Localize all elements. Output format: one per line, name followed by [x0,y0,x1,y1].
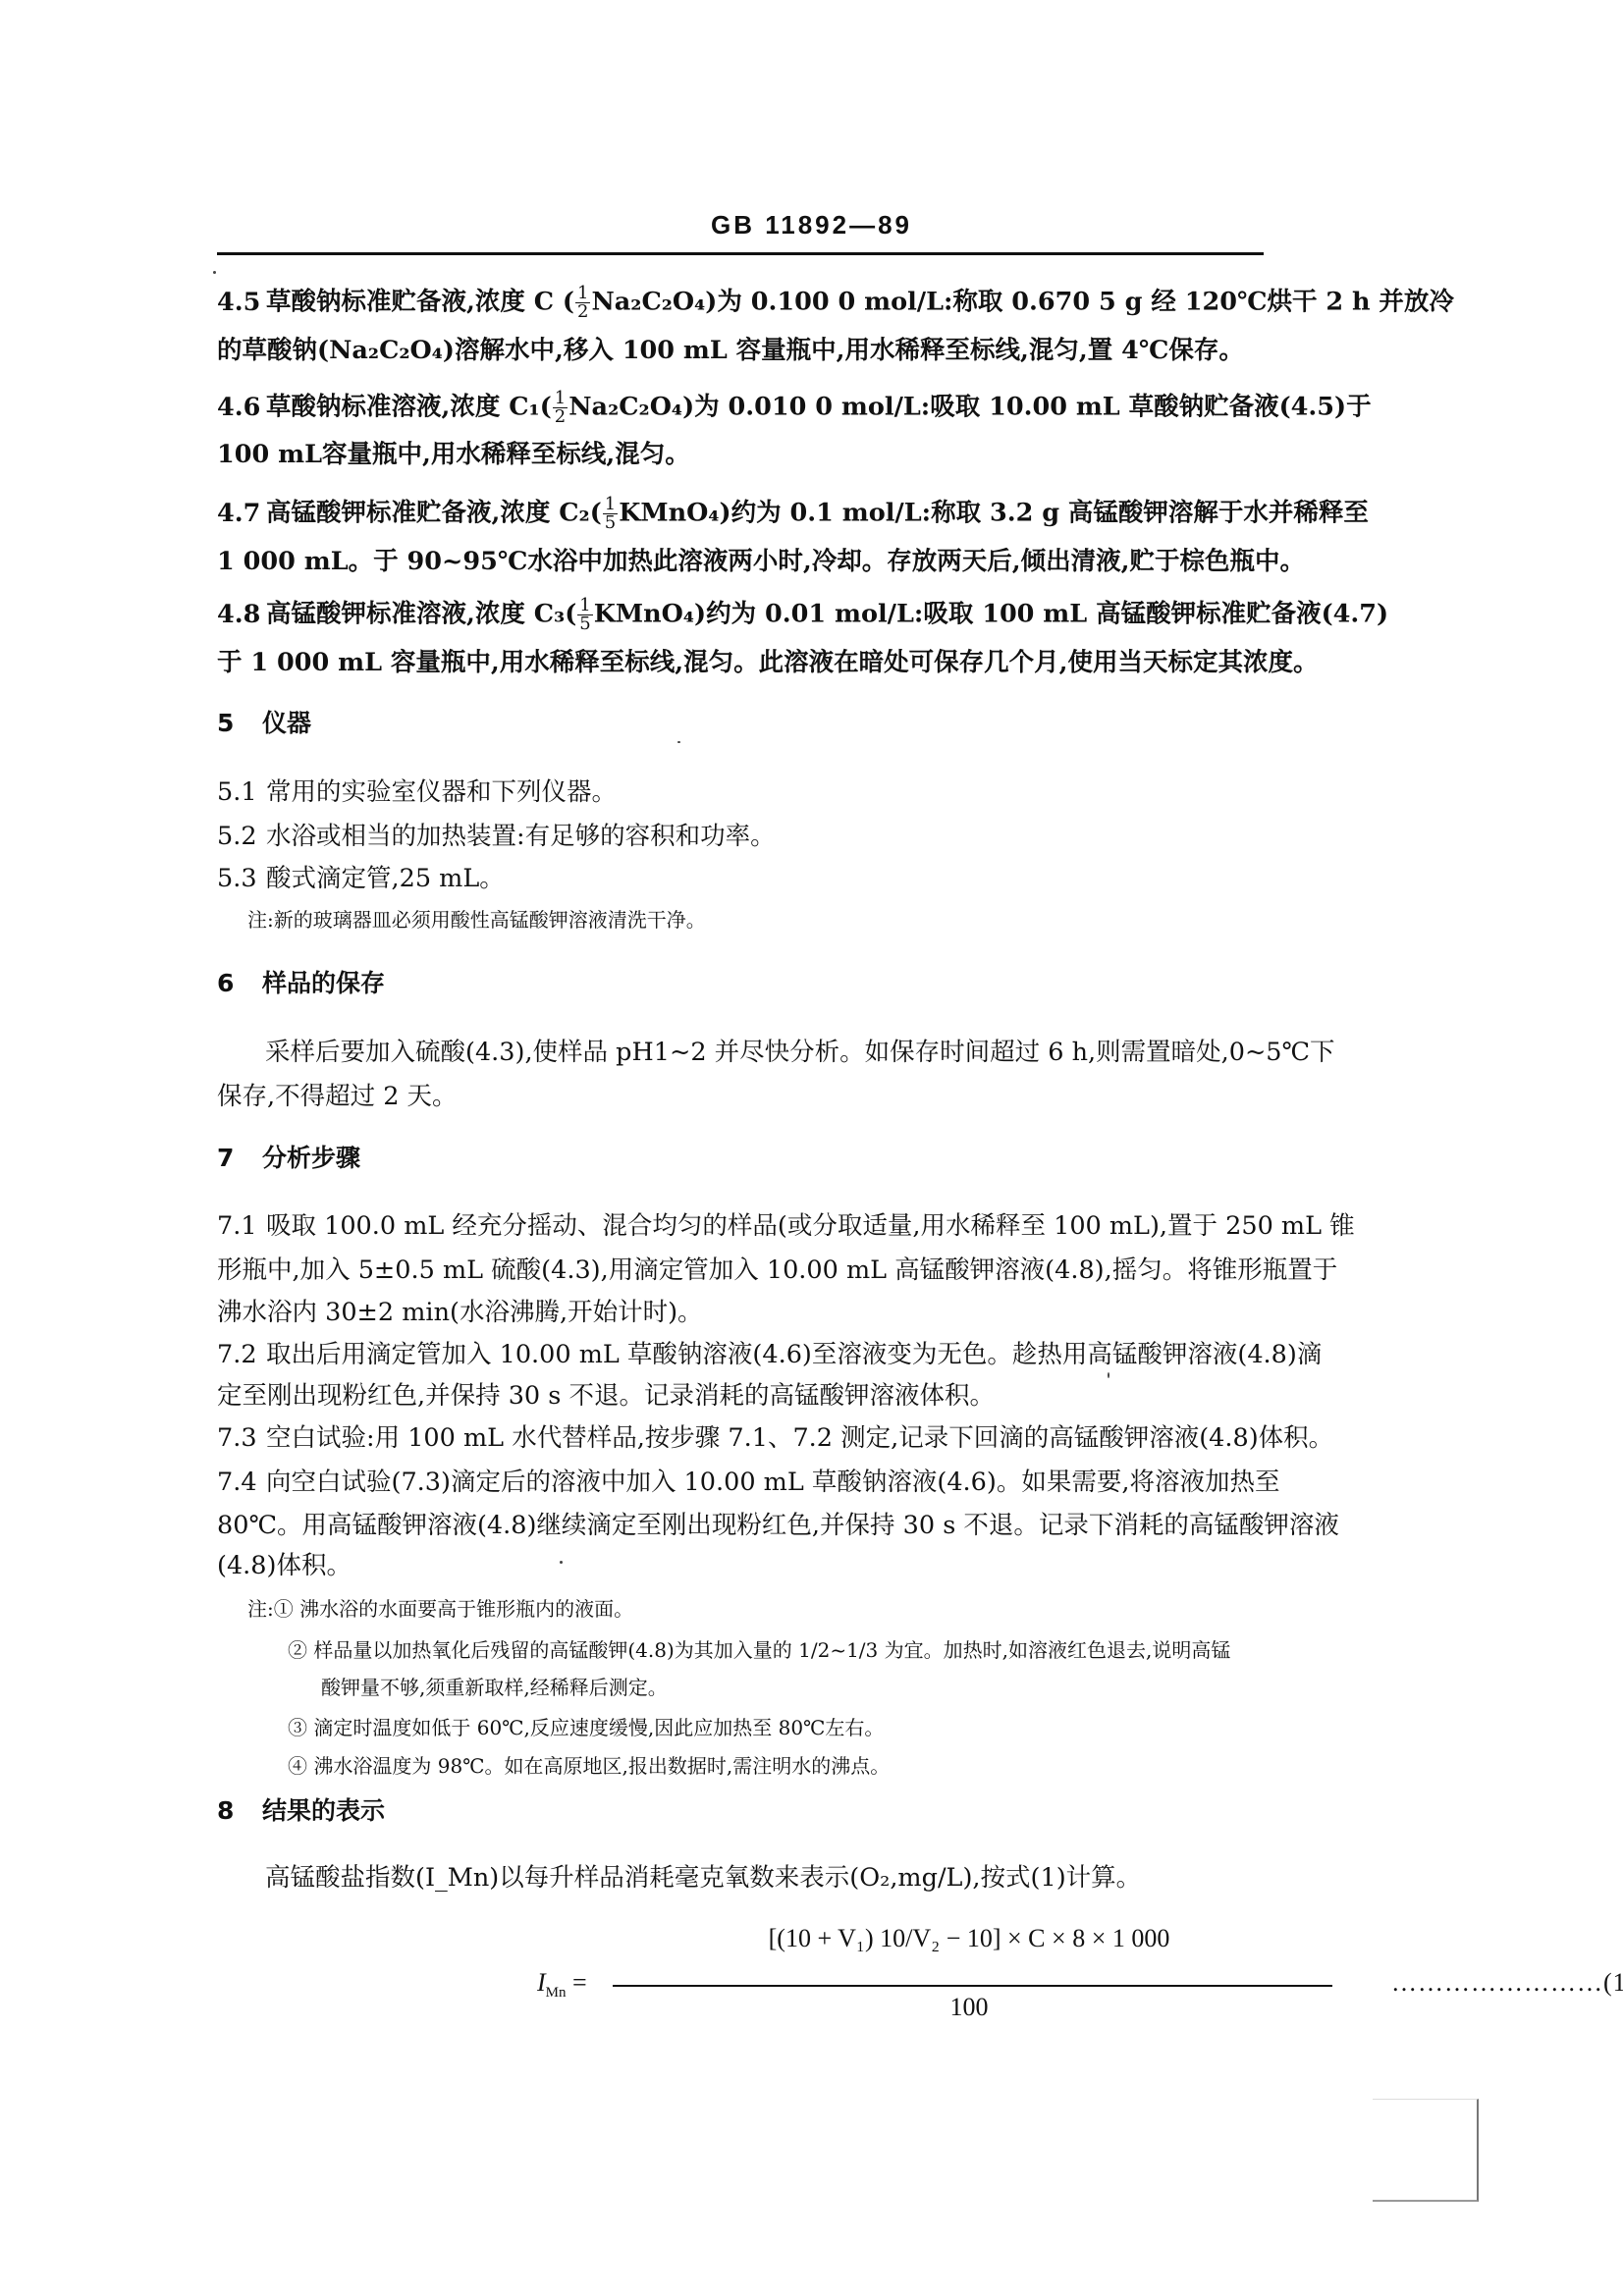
item-text: 草酸钠标准贮备液,浓度 C ( [266,288,574,317]
scan-speck [677,741,680,743]
item-text: KMnO₄)约为 0.01 mol/L:吸取 100 mL 高锰酸钾标准贮备液(… [594,600,1388,629]
section-6-heading: 6样品的保存 [217,967,385,1000]
section-title: 分析步骤 [262,1144,360,1172]
item-4-5-line2: 的草酸钠(Na₂C₂O₄)溶解水中,移入 100 mL 容量瓶中,用水稀释至标线… [217,334,1244,367]
item-4-8-line2: 于 1 000 mL 容量瓶中,用水稀释至标线,混匀。此溶液在暗处可保存几个月,… [217,646,1319,679]
fraction-denominator: 2 [553,408,568,426]
equation-number: ……………………(1) [1391,1968,1623,1998]
item-4-6-line1: 4.6草酸钠标准溶液,浓度 C₁(12Na₂C₂O₄)为 0.010 0 mol… [217,390,1372,426]
step-number: 7.2 [217,1338,266,1371]
header-rule [217,252,1264,255]
item-5-1: 5.1常用的实验室仪器和下列仪器。 [217,775,617,809]
fraction-bar [613,1985,1332,1987]
scan-speck [213,271,216,274]
scan-speck [1108,1372,1109,1378]
section-7-note-2: ② 样品量以加热氧化后残留的高锰酸钾(4.8)为其加入量的 1/2~1/3 为宜… [288,1633,1230,1667]
item-number: 5.3 [217,862,266,895]
item-4-7-line1: 4.7高锰酸钾标准贮备液,浓度 C₂(15KMnO₄)约为 0.1 mol/L:… [217,496,1369,532]
item-text: 高锰酸钾标准溶液,浓度 C₃( [266,600,576,629]
section-number: 7 [217,1142,262,1175]
item-text: 草酸钠标准溶液,浓度 C₁( [266,393,552,422]
formula-numerator: [(10 + V₁) 10/V₂ − 10] × C × 8 × 1 000 [616,1924,1323,1953]
item-text: 水浴或相当的加热装置:有足够的容积和功率。 [266,822,776,851]
item-number: 4.7 [217,497,266,530]
section-6-paragraph-line2: 保存,不得超过 2 天。 [217,1080,458,1113]
section-7-heading: 7分析步骤 [217,1142,360,1175]
item-4-5-line1: 4.5草酸钠标准贮备液,浓度 C (12Na₂C₂O₄)为 0.100 0 mo… [217,285,1454,321]
step-number: 7.3 [217,1421,266,1455]
step-line: 7.2取出后用滴定管加入 10.00 mL 草酸钠溶液(4.6)至溶液变为无色。… [217,1338,1322,1371]
section-title: 样品的保存 [262,969,385,997]
item-4-7-line2: 1 000 mL。于 90~95℃水浴中加热此溶液两小时,冷却。存放两天后,倾出… [217,545,1305,578]
section-7-note-2-cont: 酸钾量不够,须重新取样,经稀释后测定。 [321,1671,668,1704]
item-number: 5.2 [217,820,266,853]
step-number: 7.4 [217,1466,266,1499]
item-text: Na₂C₂O₄)为 0.100 0 mol/L:称取 0.670 5 g 经 1… [591,288,1453,317]
item-text: 常用的实验室仪器和下列仪器。 [266,777,617,807]
step-text: 吸取 100.0 mL 经充分摇动、混合均匀的样品(或分取适量,用水稀释至 10… [266,1211,1355,1241]
section-5-heading: 5仪器 [217,707,311,740]
section-5-note: 注:新的玻璃器皿必须用酸性高锰酸钾溶液清洗干净。 [247,903,706,936]
step-text: 向空白试验(7.3)滴定后的溶液中加入 10.00 mL 草酸钠溶液(4.6)。… [266,1468,1279,1497]
step-number: 7.1 [217,1209,266,1243]
item-5-3: 5.3酸式滴定管,25 mL。 [217,862,505,895]
item-5-2: 5.2水浴或相当的加热装置:有足够的容积和功率。 [217,820,776,853]
fraction: 12 [575,285,590,321]
step-line: 定至刚出现粉红色,并保持 30 s 不退。记录消耗的高锰酸钾溶液体积。 [217,1379,995,1413]
fraction-denominator: 5 [577,615,592,633]
section-7-note-1: 注:① 沸水浴的水面要高于锥形瓶内的液面。 [247,1592,633,1626]
fraction: 12 [553,390,568,426]
section-8-heading: 8结果的表示 [217,1794,385,1828]
step-line: 80℃。用高锰酸钾溶液(4.8)继续滴定至刚出现粉红色,并保持 30 s 不退。… [217,1509,1339,1542]
step-line: 沸水浴内 30±2 min(水浴沸腾,开始计时)。 [217,1296,703,1329]
fraction: 15 [577,597,592,633]
step-line: 7.4向空白试验(7.3)滴定后的溶液中加入 10.00 mL 草酸钠溶液(4.… [217,1466,1279,1499]
item-number: 4.8 [217,598,266,631]
item-number: 5.1 [217,775,266,809]
section-number: 5 [217,707,262,740]
formula-subscript: Mn [546,1985,567,2001]
step-line: 7.3空白试验:用 100 mL 水代替样品,按步骤 7.1、7.2 测定,记录… [217,1421,1333,1455]
item-number: 4.6 [217,391,266,424]
step-line: 形瓶中,加入 5±0.5 mL 硫酸(4.3),用滴定管加入 10.00 mL … [217,1254,1337,1287]
item-text: 高锰酸钾标准贮备液,浓度 C₂( [266,499,602,528]
scan-speck [560,1561,563,1564]
section-6-paragraph-line1: 采样后要加入硫酸(4.3),使样品 pH1~2 并尽快分析。如保存时间超过 6 … [265,1036,1335,1069]
formula-denominator: 100 [616,1993,1323,2022]
item-number: 4.5 [217,286,266,319]
section-number: 8 [217,1794,262,1828]
item-text: 酸式滴定管,25 mL。 [266,864,505,893]
step-line: (4.8)体积。 [217,1549,352,1582]
formula-lhs: IMn = [537,1968,587,2002]
step-text: 取出后用滴定管加入 10.00 mL 草酸钠溶液(4.6)至溶液变为无色。趁热用… [266,1340,1322,1369]
fraction-denominator: 5 [603,514,618,532]
formula-symbol: I [537,1968,546,1997]
section-title: 结果的表示 [262,1796,385,1825]
section-number: 6 [217,967,262,1000]
step-line: 7.1吸取 100.0 mL 经充分摇动、混合均匀的样品(或分取适量,用水稀释至… [217,1209,1355,1243]
item-4-8-line1: 4.8高锰酸钾标准溶液,浓度 C₃(15KMnO₄)约为 0.01 mol/L:… [217,597,1388,633]
standard-code-header: GB 11892—89 [0,210,1623,240]
item-text: Na₂C₂O₄)为 0.010 0 mol/L:吸取 10.00 mL 草酸钠贮… [568,393,1371,422]
section-7-note-3: ③ 滴定时温度如低于 60℃,反应速度缓慢,因此应加热至 80℃左右。 [288,1711,884,1744]
page-corner-box [1373,2099,1479,2202]
fraction: 15 [603,496,618,532]
section-7-note-4: ④ 沸水浴温度为 98℃。如在高原地区,报出数据时,需注明水的沸点。 [288,1749,890,1783]
item-4-6-line2: 100 mL容量瓶中,用水稀释至标线,混匀。 [217,438,690,471]
fraction-denominator: 2 [575,303,590,321]
equals-sign: = [572,1968,587,1997]
item-text: KMnO₄)约为 0.1 mol/L:称取 3.2 g 高锰酸钾溶解于水并稀释至 [619,499,1369,528]
section-title: 仪器 [262,709,311,737]
step-text: 空白试验:用 100 mL 水代替样品,按步骤 7.1、7.2 测定,记录下回滴… [266,1423,1333,1453]
section-8-intro: 高锰酸盐指数(I_Mn)以每升样品消耗毫克氧数来表示(O₂,mg/L),按式(1… [265,1861,1141,1895]
